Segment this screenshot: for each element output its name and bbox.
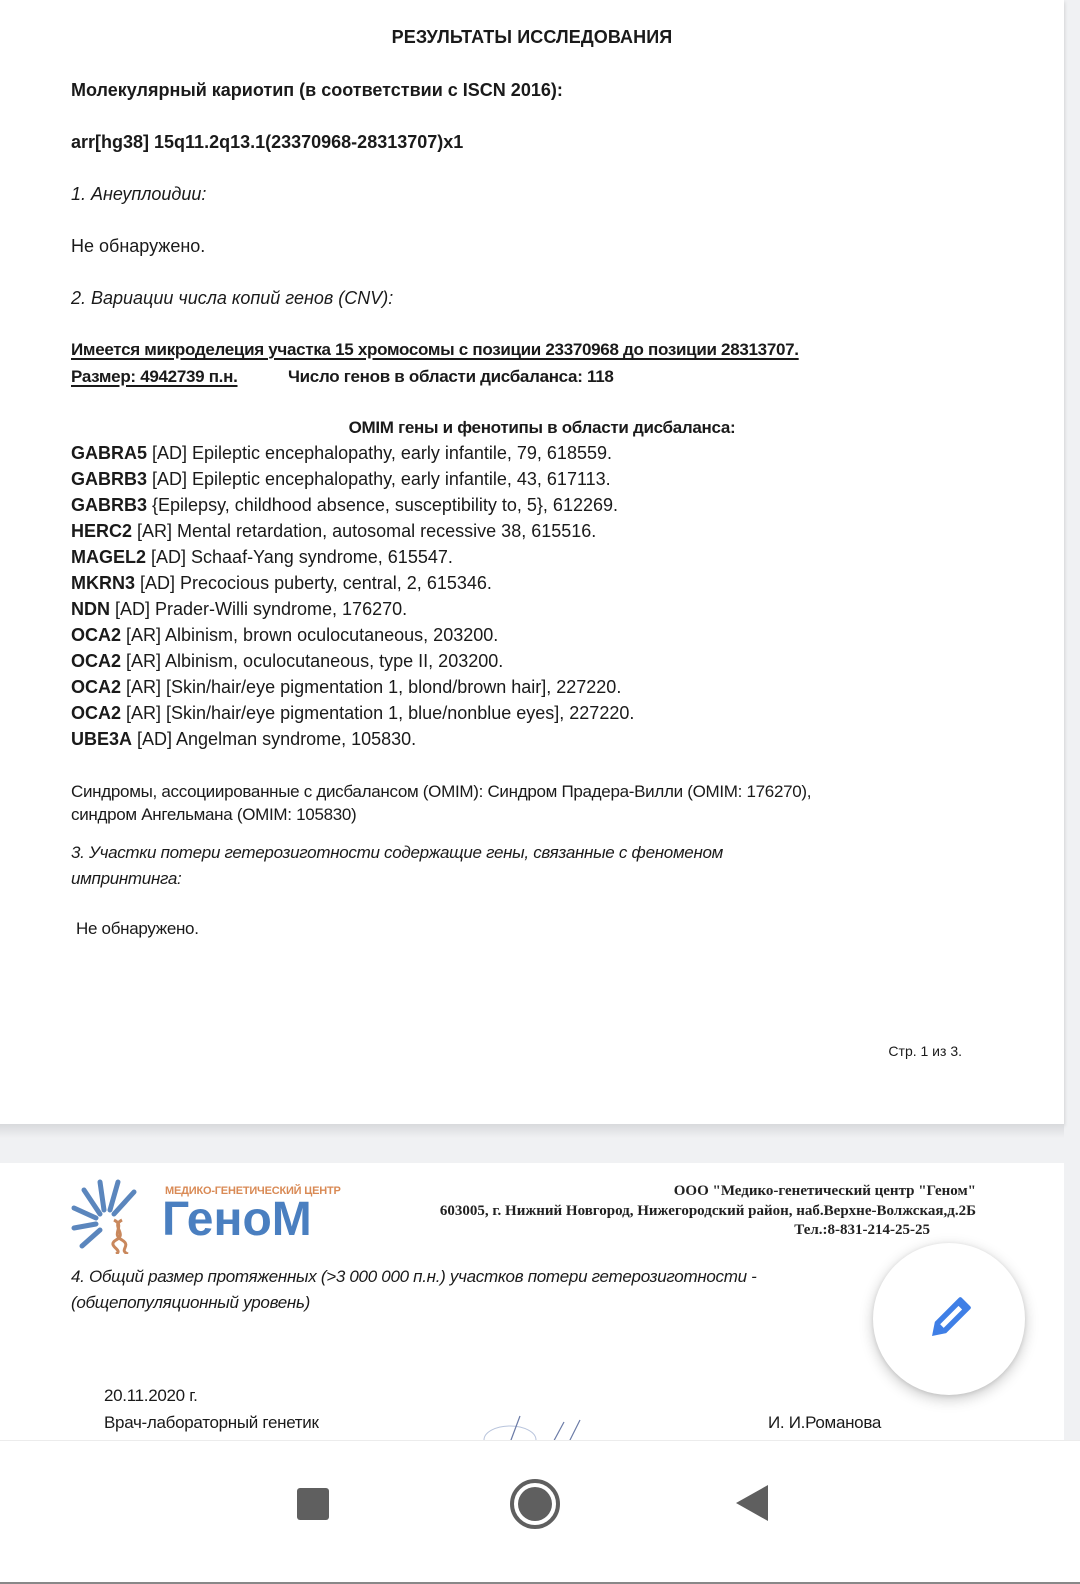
gene-phenotype: [AR] Albinism, oculocutaneous, type II, … — [121, 651, 503, 671]
page-number: Стр. 1 из 3. — [888, 1043, 962, 1059]
section-3-heading-line-1: 3. Участки потери гетерозиготности содер… — [71, 843, 723, 863]
section-1-result: Не обнаружено. — [71, 236, 205, 257]
pencil-edit-icon — [919, 1289, 979, 1349]
karyotype-heading: Молекулярный кариотип (в соответствии с … — [71, 80, 563, 101]
omim-gene-row: OCA2 [AR] [Skin/hair/eye pigmentation 1,… — [71, 703, 634, 724]
omim-heading: OMIM гены и фенотипы в области дисбаланс… — [0, 418, 1064, 438]
gene-phenotype: [AD] Epileptic encephalopathy, early inf… — [147, 443, 612, 463]
org-address: 603005, г. Нижний Новгород, Нижегородски… — [440, 1203, 976, 1220]
gene-symbol: GABRB3 — [71, 469, 147, 489]
gene-symbol: GABRA5 — [71, 443, 147, 463]
omim-gene-row: OCA2 [AR] Albinism, brown oculocutaneous… — [71, 625, 498, 646]
pdf-page-1: РЕЗУЛЬТАТЫ ИССЛЕДОВАНИЯ Молекулярный кар… — [0, 0, 1064, 1124]
cnv-size: Размер: 4942739 п.н. — [71, 367, 238, 387]
section-3-heading-line-2: импринтинга: — [71, 869, 181, 889]
signer-name: И. И.Романова — [768, 1413, 881, 1433]
section-1-heading: 1. Анеуплоидии: — [71, 184, 206, 205]
omim-gene-row: OCA2 [AR] [Skin/hair/eye pigmentation 1,… — [71, 677, 621, 698]
report-date: 20.11.2020 г. — [104, 1386, 198, 1406]
gene-phenotype: [AD] Schaaf-Yang syndrome, 615547. — [146, 547, 453, 567]
omim-gene-row: GABRB3 {Epilepsy, childhood absence, sus… — [71, 495, 618, 516]
omim-gene-row: MKRN3 [AD] Precocious puberty, central, … — [71, 573, 492, 594]
gene-symbol: OCA2 — [71, 703, 121, 723]
gene-symbol: GABRB3 — [71, 495, 147, 515]
omim-gene-row: HERC2 [AR] Mental retardation, autosomal… — [71, 521, 596, 542]
omim-gene-row: OCA2 [AR] Albinism, oculocutaneous, type… — [71, 651, 503, 672]
section-4-heading-line-1: 4. Общий размер протяженных (>3 000 000 … — [71, 1267, 757, 1287]
gene-symbol: MAGEL2 — [71, 547, 146, 567]
gene-symbol: NDN — [71, 599, 110, 619]
omim-gene-row: GABRA5 [AD] Epileptic encephalopathy, ea… — [71, 443, 612, 464]
logo-name: ГеноМ — [162, 1192, 312, 1247]
omim-gene-row: GABRB3 [AD] Epileptic encephalopathy, ea… — [71, 469, 611, 490]
omim-gene-row: MAGEL2 [AD] Schaaf-Yang syndrome, 615547… — [71, 547, 453, 568]
section-4-heading-line-2: (общепопуляционный уровень) — [71, 1293, 310, 1313]
gene-symbol: OCA2 — [71, 677, 121, 697]
org-phone: Тел.:8-831-214-25-25 — [794, 1222, 930, 1239]
gene-phenotype: [AD] Precocious puberty, central, 2, 615… — [135, 573, 492, 593]
gene-symbol: OCA2 — [71, 651, 121, 671]
system-navigation-bar — [0, 1440, 1080, 1584]
genom-logo: МЕДИКО-ГЕНЕТИЧЕСКИЙ ЦЕНТР ГеноМ — [70, 1176, 340, 1256]
back-icon[interactable] — [736, 1485, 768, 1521]
gene-phenotype: [AR] [Skin/hair/eye pigmentation 1, blue… — [121, 703, 634, 723]
syndromes-line-2: синдром Ангельмана (OMIM: 105830) — [71, 805, 356, 825]
recent-apps-icon[interactable] — [297, 1488, 329, 1520]
section-2-heading: 2. Вариации числа копий генов (CNV): — [71, 288, 393, 309]
cnv-description: Имеется микроделеция участка 15 хромосом… — [71, 340, 799, 360]
gene-phenotype: [AR] [Skin/hair/eye pigmentation 1, blon… — [121, 677, 621, 697]
karyotype-value: arr[hg38] 15q11.2q13.1(23370968-28313707… — [71, 132, 463, 153]
gene-symbol: UBE3A — [71, 729, 132, 749]
home-icon[interactable] — [510, 1479, 560, 1529]
syndromes-line-1: Синдромы, ассоциированные с дисбалансом … — [71, 782, 811, 802]
gene-phenotype: [AR] Albinism, brown oculocutaneous, 203… — [121, 625, 498, 645]
gene-symbol: HERC2 — [71, 521, 132, 541]
dna-chromosome-icon — [70, 1176, 150, 1254]
omim-gene-row: UBE3A [AD] Angelman syndrome, 105830. — [71, 729, 416, 750]
signer-role: Врач-лабораторный генетик — [104, 1413, 319, 1433]
gene-symbol: MKRN3 — [71, 573, 135, 593]
pdf-viewer[interactable]: РЕЗУЛЬТАТЫ ИССЛЕДОВАНИЯ Молекулярный кар… — [0, 0, 1080, 1455]
gene-symbol: OCA2 — [71, 625, 121, 645]
gene-phenotype: [AD] Prader-Willi syndrome, 176270. — [110, 599, 407, 619]
gene-phenotype: [AR] Mental retardation, autosomal reces… — [132, 521, 596, 541]
gene-phenotype: [AD] Epileptic encephalopathy, early inf… — [147, 469, 611, 489]
cnv-gene-count: Число генов в области дисбаланса: 118 — [288, 367, 614, 387]
page-title: РЕЗУЛЬТАТЫ ИССЛЕДОВАНИЯ — [0, 27, 1064, 48]
edit-fab-button[interactable] — [873, 1243, 1025, 1395]
omim-gene-row: NDN [AD] Prader-Willi syndrome, 176270. — [71, 599, 407, 620]
org-name: ООО "Медико-генетический центр "Геном" — [674, 1183, 976, 1200]
page-separator — [0, 1124, 1064, 1138]
gene-phenotype: {Epilepsy, childhood absence, susceptibi… — [147, 495, 618, 515]
gene-phenotype: [AD] Angelman syndrome, 105830. — [132, 729, 416, 749]
section-3-result: Не обнаружено. — [76, 919, 199, 939]
